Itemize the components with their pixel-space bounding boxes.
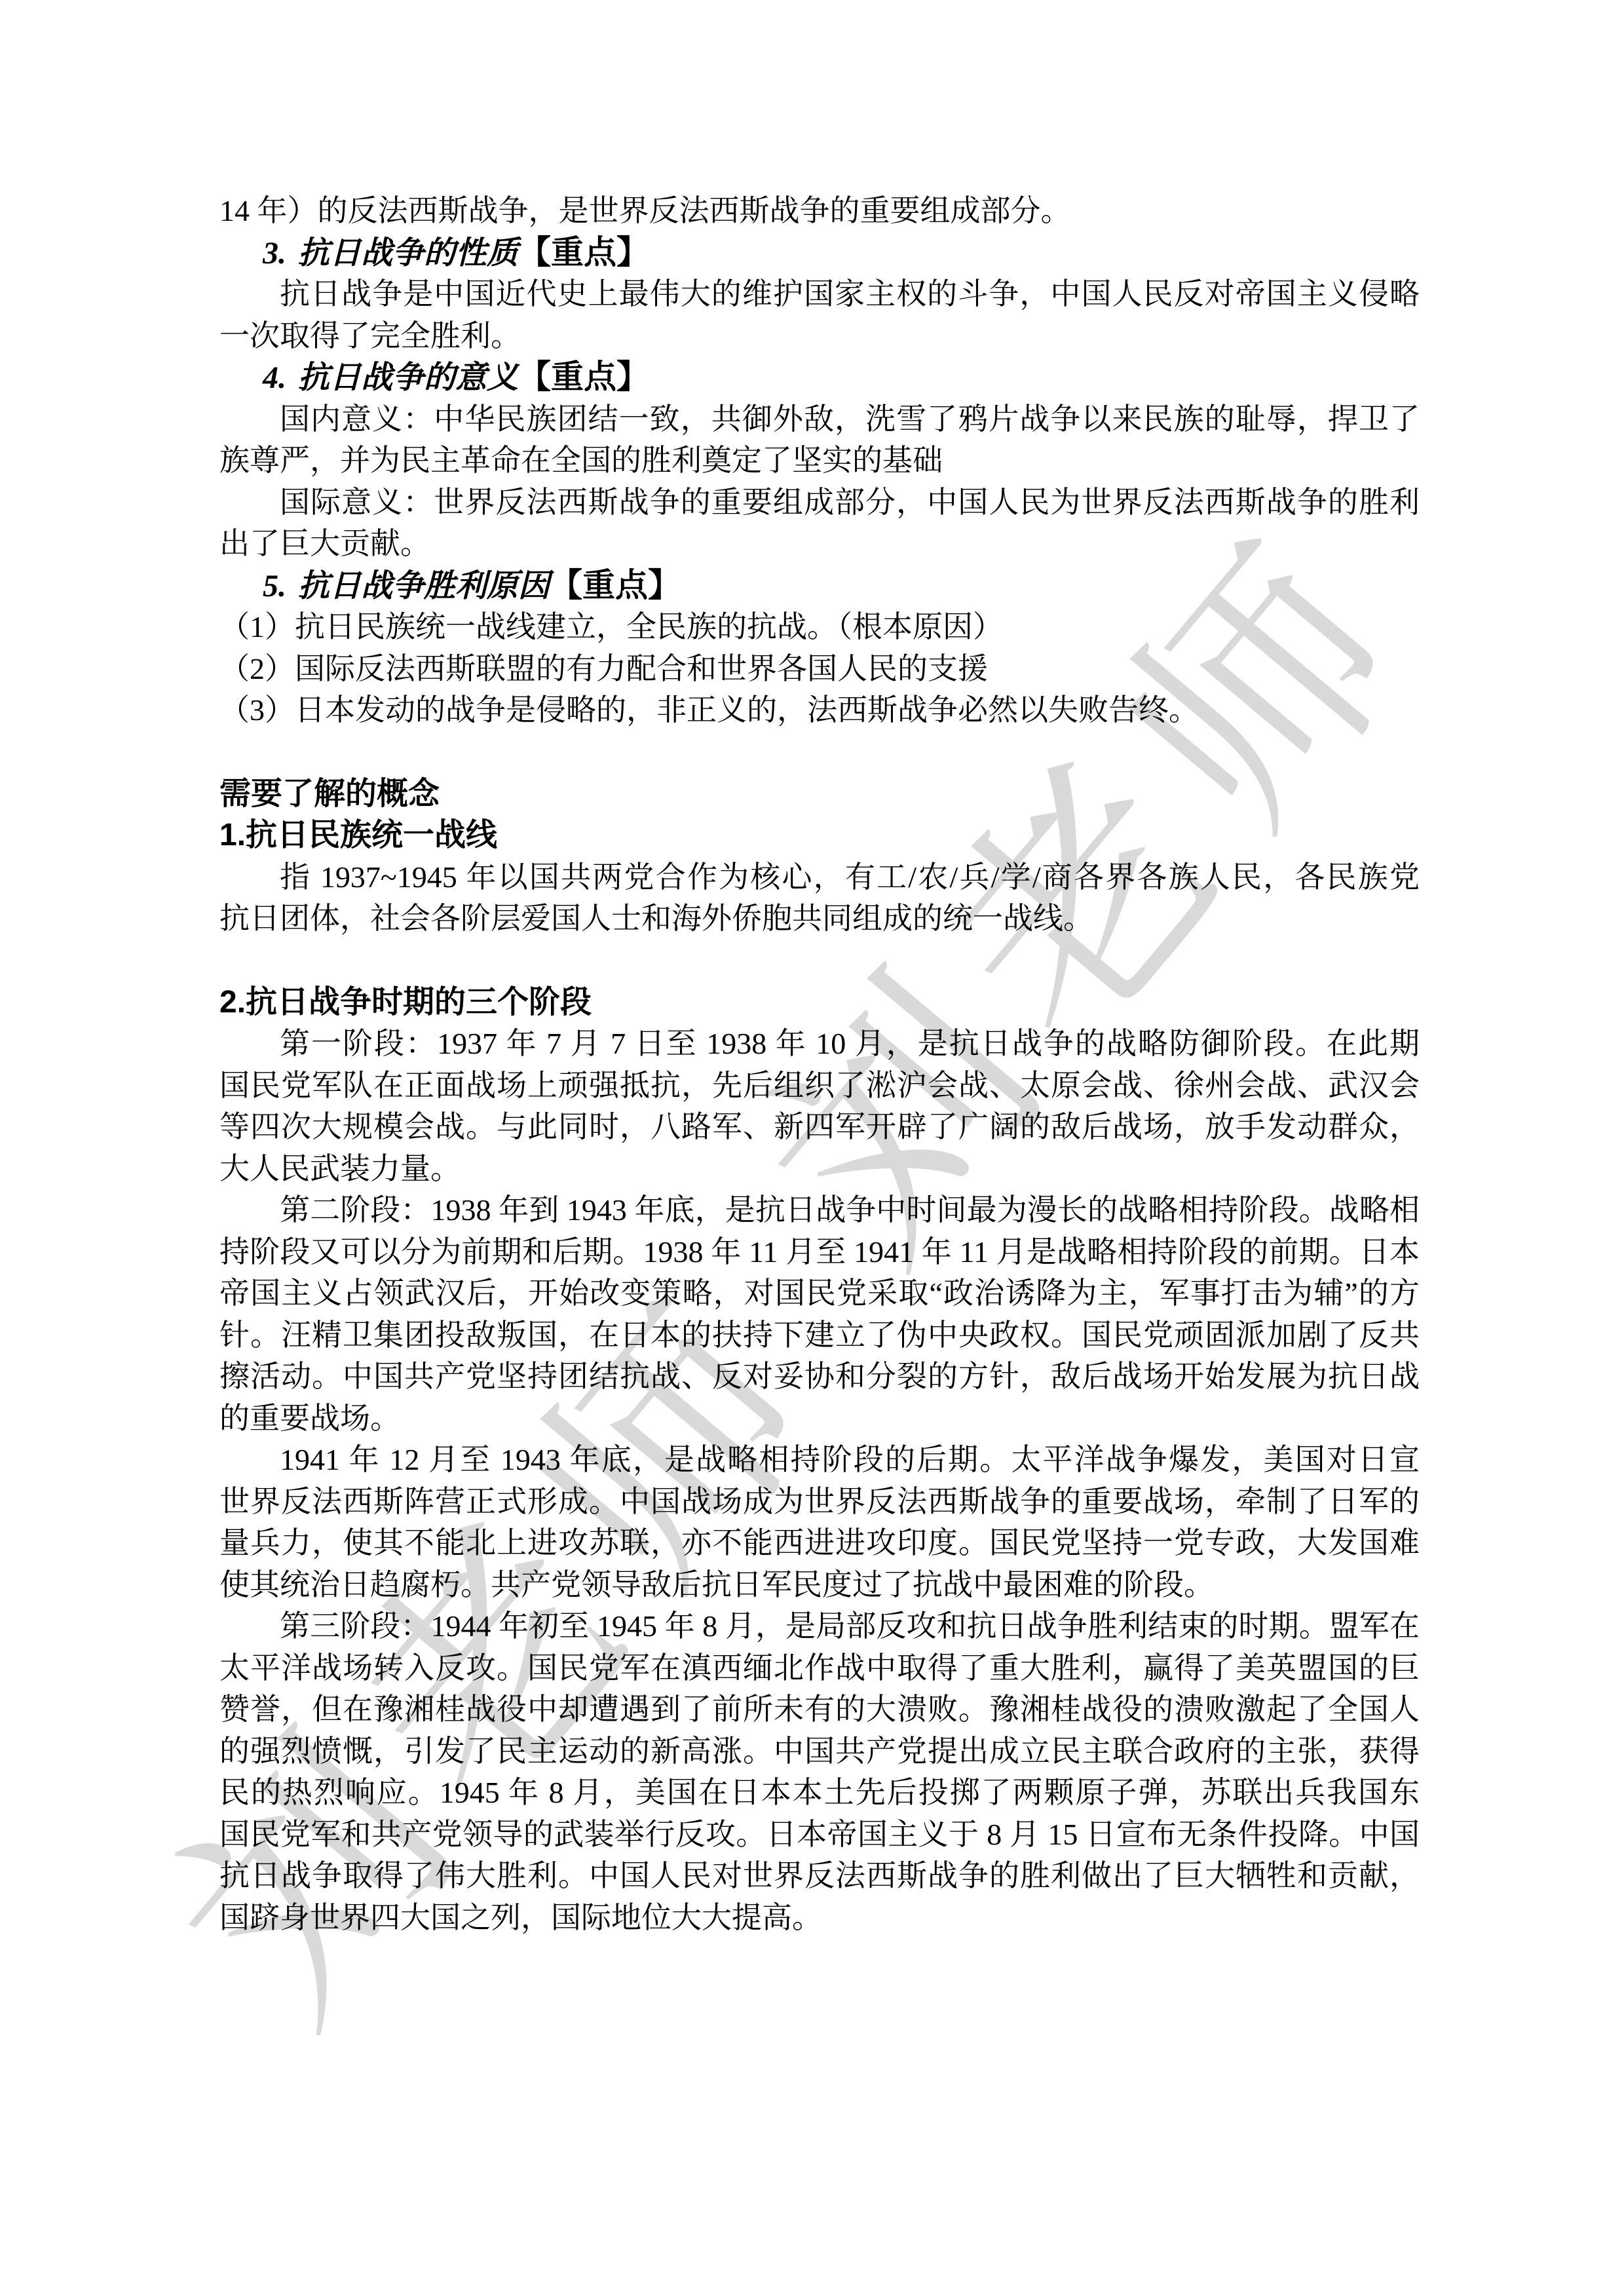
text-line: 出了巨大贡献。 <box>219 523 1420 565</box>
text-line: 国际意义：世界反法西斯战争的重要组成部分，中国人民为世界反法西斯战争的胜利做 <box>219 482 1420 524</box>
text-line: 指 1937~1945 年以国共两党合作为核心，有工/农/兵/学/商各界各族人民… <box>219 856 1420 898</box>
text-line: 国民党军队在正面战场上顽强抵抗，先后组织了淞沪会战、太原会战、徐州会战、武汉会战 <box>219 1065 1420 1107</box>
text-line: 抗日团体，社会各阶层爱国人士和海外侨胞共同组成的统一战线。 <box>219 898 1420 940</box>
text-line: 国民党军和共产党领导的武装举行反攻。日本帝国主义于 8 月 15 日宣布无条件投… <box>219 1814 1420 1856</box>
list-item: （1）抗日民族统一战线建立，全民族的抗战。（根本原因） <box>219 606 1420 648</box>
text-line: 的强烈愤慨，引发了民主运动的新高涨。中国共产党提出成立民主联合政府的主张，获得人 <box>219 1731 1420 1772</box>
text-line: 民的热烈响应。1945 年 8 月，美国在日本本土先后投掷了两颗原子弹，苏联出兵… <box>219 1772 1420 1814</box>
spacer <box>219 731 1420 773</box>
text-line: 等四次大规模会战。与此同时，八路军、新四军开辟了广阔的敌后战场，放手发动群众，壮 <box>219 1106 1420 1148</box>
text-line: 的重要战场。 <box>219 1398 1420 1440</box>
text-line: 第一阶段：1937 年 7 月 7 日至 1938 年 10 月，是抗日战争的战… <box>219 1023 1420 1065</box>
text-line: 国跻身世界四大国之列，国际地位大大提高。 <box>219 1897 1420 1939</box>
text-line: 世界反法西斯阵营正式形成。中国战场成为世界反法西斯战争的重要战场，牵制了日军的大 <box>219 1481 1420 1523</box>
heading-number: 5. <box>263 569 286 603</box>
text-line: 国内意义：中华民族团结一致，共御外敌，洗雪了鸦片战争以来民族的耻辱，捍卫了民 <box>219 398 1420 440</box>
text-line: 擦活动。中国共产党坚持团结抗战、反对妥协和分裂的方针，敌后战场开始发展为抗日战争 <box>219 1356 1420 1398</box>
list-item: （3）日本发动的战争是侵略的，非正义的，法西斯战争必然以失败告终。 <box>219 689 1420 731</box>
document-body: 14 年）的反法西斯战争，是世界反法西斯战争的重要组成部分。 3.抗日战争的性质… <box>0 0 1420 1938</box>
numbered-heading-5: 5.抗日战争胜利原因【重点】 <box>219 565 1420 607</box>
text-line: 针。汪精卫集团投敌叛国，在日本的扶持下建立了伪中央政权。国民党顽固派加剧了反共摩 <box>219 1314 1420 1356</box>
text-line: 大人民武装力量。 <box>219 1148 1420 1190</box>
text-line: 使其统治日趋腐朽。共产党领导敌后抗日军民度过了抗战中最困难的阶段。 <box>219 1564 1420 1606</box>
text-line: 抗日战争是中国近代史上最伟大的维护国家主权的斗争，中国人民反对帝国主义侵略第 <box>219 273 1420 315</box>
text-line: 帝国主义占领武汉后，开始改变策略，对国民党采取“政治诱降为主，军事打击为辅”的方 <box>219 1272 1420 1314</box>
text-line: 族尊严，并为民主革命在全国的胜利奠定了坚实的基础 <box>219 440 1420 482</box>
text-line: 赞誉，但在豫湘桂战役中却遭遇到了前所未有的大溃败。豫湘桂战役的溃败激起了全国人民 <box>219 1689 1420 1731</box>
heading-title: 抗日战争的意义 <box>298 360 518 395</box>
heading-number: 4. <box>263 360 286 395</box>
concepts-heading: 需要了解的概念 <box>219 773 1420 815</box>
text-line: 抗日战争取得了伟大胜利。中国人民对世界反法西斯战争的胜利做出了巨大牺牲和贡献，中 <box>219 1855 1420 1897</box>
document-page: 刘老师 刘老师 14 年）的反法西斯战争，是世界反法西斯战争的重要组成部分。 3… <box>0 0 1624 2296</box>
text-line: 量兵力，使其不能北上进攻苏联，亦不能西进进攻印度。国民党坚持一党专政，大发国难财… <box>219 1522 1420 1564</box>
highlight-tag: 【重点】 <box>550 567 681 603</box>
spacer <box>219 940 1420 982</box>
list-item: （2）国际反法西斯联盟的有力配合和世界各国人民的支援 <box>219 648 1420 690</box>
text-line: 一次取得了完全胜利。 <box>219 315 1420 357</box>
highlight-tag: 【重点】 <box>518 234 649 271</box>
heading-title: 抗日战争的性质 <box>298 236 518 271</box>
concept-2-heading: 2.抗日战争时期的三个阶段 <box>219 982 1420 1024</box>
numbered-heading-4: 4.抗日战争的意义【重点】 <box>219 356 1420 398</box>
text-line: 太平洋战场转入反攻。国民党军在滇西缅北作战中取得了重大胜利，赢得了美英盟国的巨大 <box>219 1647 1420 1689</box>
heading-number: 3. <box>263 236 286 271</box>
text-line: 持阶段又可以分为前期和后期。1938 年 11 月至 1941 年 11 月是战… <box>219 1231 1420 1273</box>
highlight-tag: 【重点】 <box>518 358 649 395</box>
numbered-heading-3: 3.抗日战争的性质【重点】 <box>219 232 1420 274</box>
text-line: 第二阶段：1938 年到 1943 年底，是抗日战争中时间最为漫长的战略相持阶段… <box>219 1189 1420 1231</box>
text-line: 1941 年 12 月至 1943 年底，是战略相持阶段的后期。太平洋战争爆发，… <box>219 1439 1420 1481</box>
heading-title: 抗日战争胜利原因 <box>298 569 550 603</box>
concept-1-heading: 1.抗日民族统一战线 <box>219 814 1420 856</box>
text-line: 第三阶段：1944 年初至 1945 年 8 月，是局部反攻和抗日战争胜利结束的… <box>219 1605 1420 1647</box>
text-line: 14 年）的反法西斯战争，是世界反法西斯战争的重要组成部分。 <box>219 190 1420 232</box>
